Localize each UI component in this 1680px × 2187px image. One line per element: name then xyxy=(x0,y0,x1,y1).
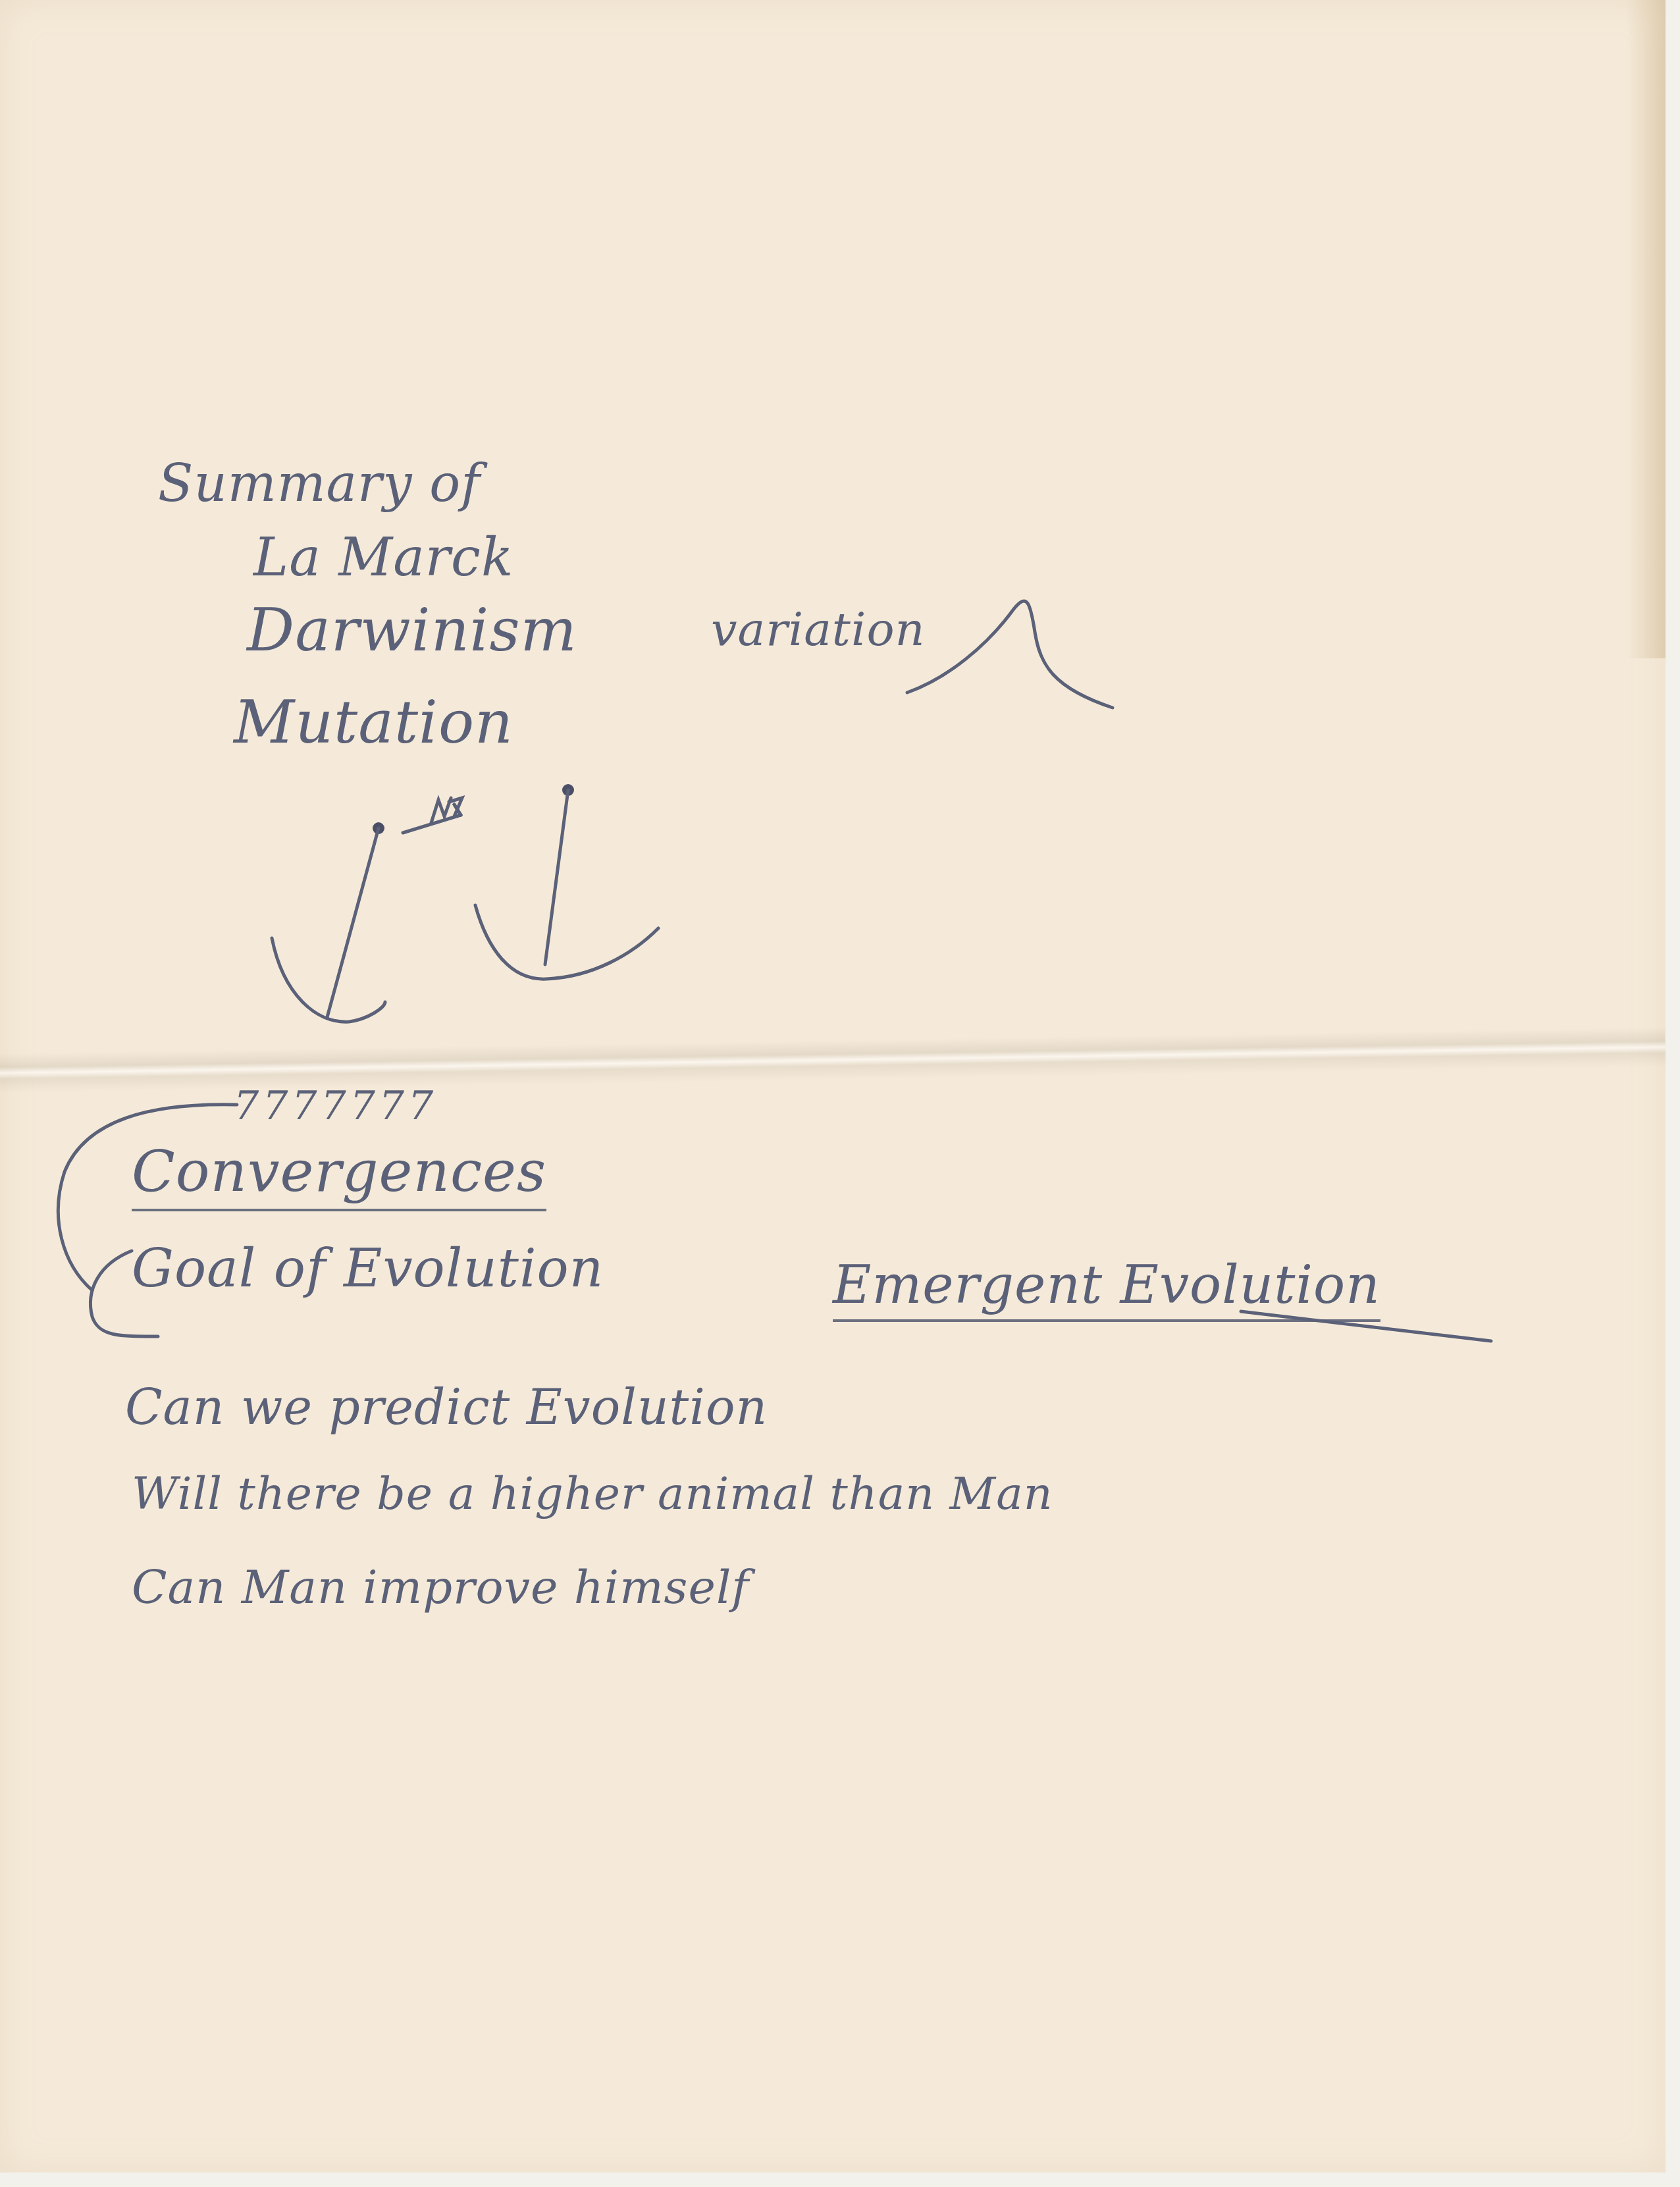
sketches-layer xyxy=(0,0,1666,2173)
mutation-pendulum-left-icon xyxy=(272,822,385,1022)
torn-paper-edge xyxy=(1669,0,1680,2173)
mutation-arrow-icon xyxy=(403,798,462,833)
bell-curve-icon xyxy=(907,601,1113,708)
mutation-pendulum-right-icon xyxy=(475,784,658,979)
paper-sheet: Summary of La Marck Darwinism variation … xyxy=(0,0,1666,2173)
bracket-arrow-icon xyxy=(58,1105,237,1336)
underline-evolution xyxy=(1241,1311,1491,1341)
